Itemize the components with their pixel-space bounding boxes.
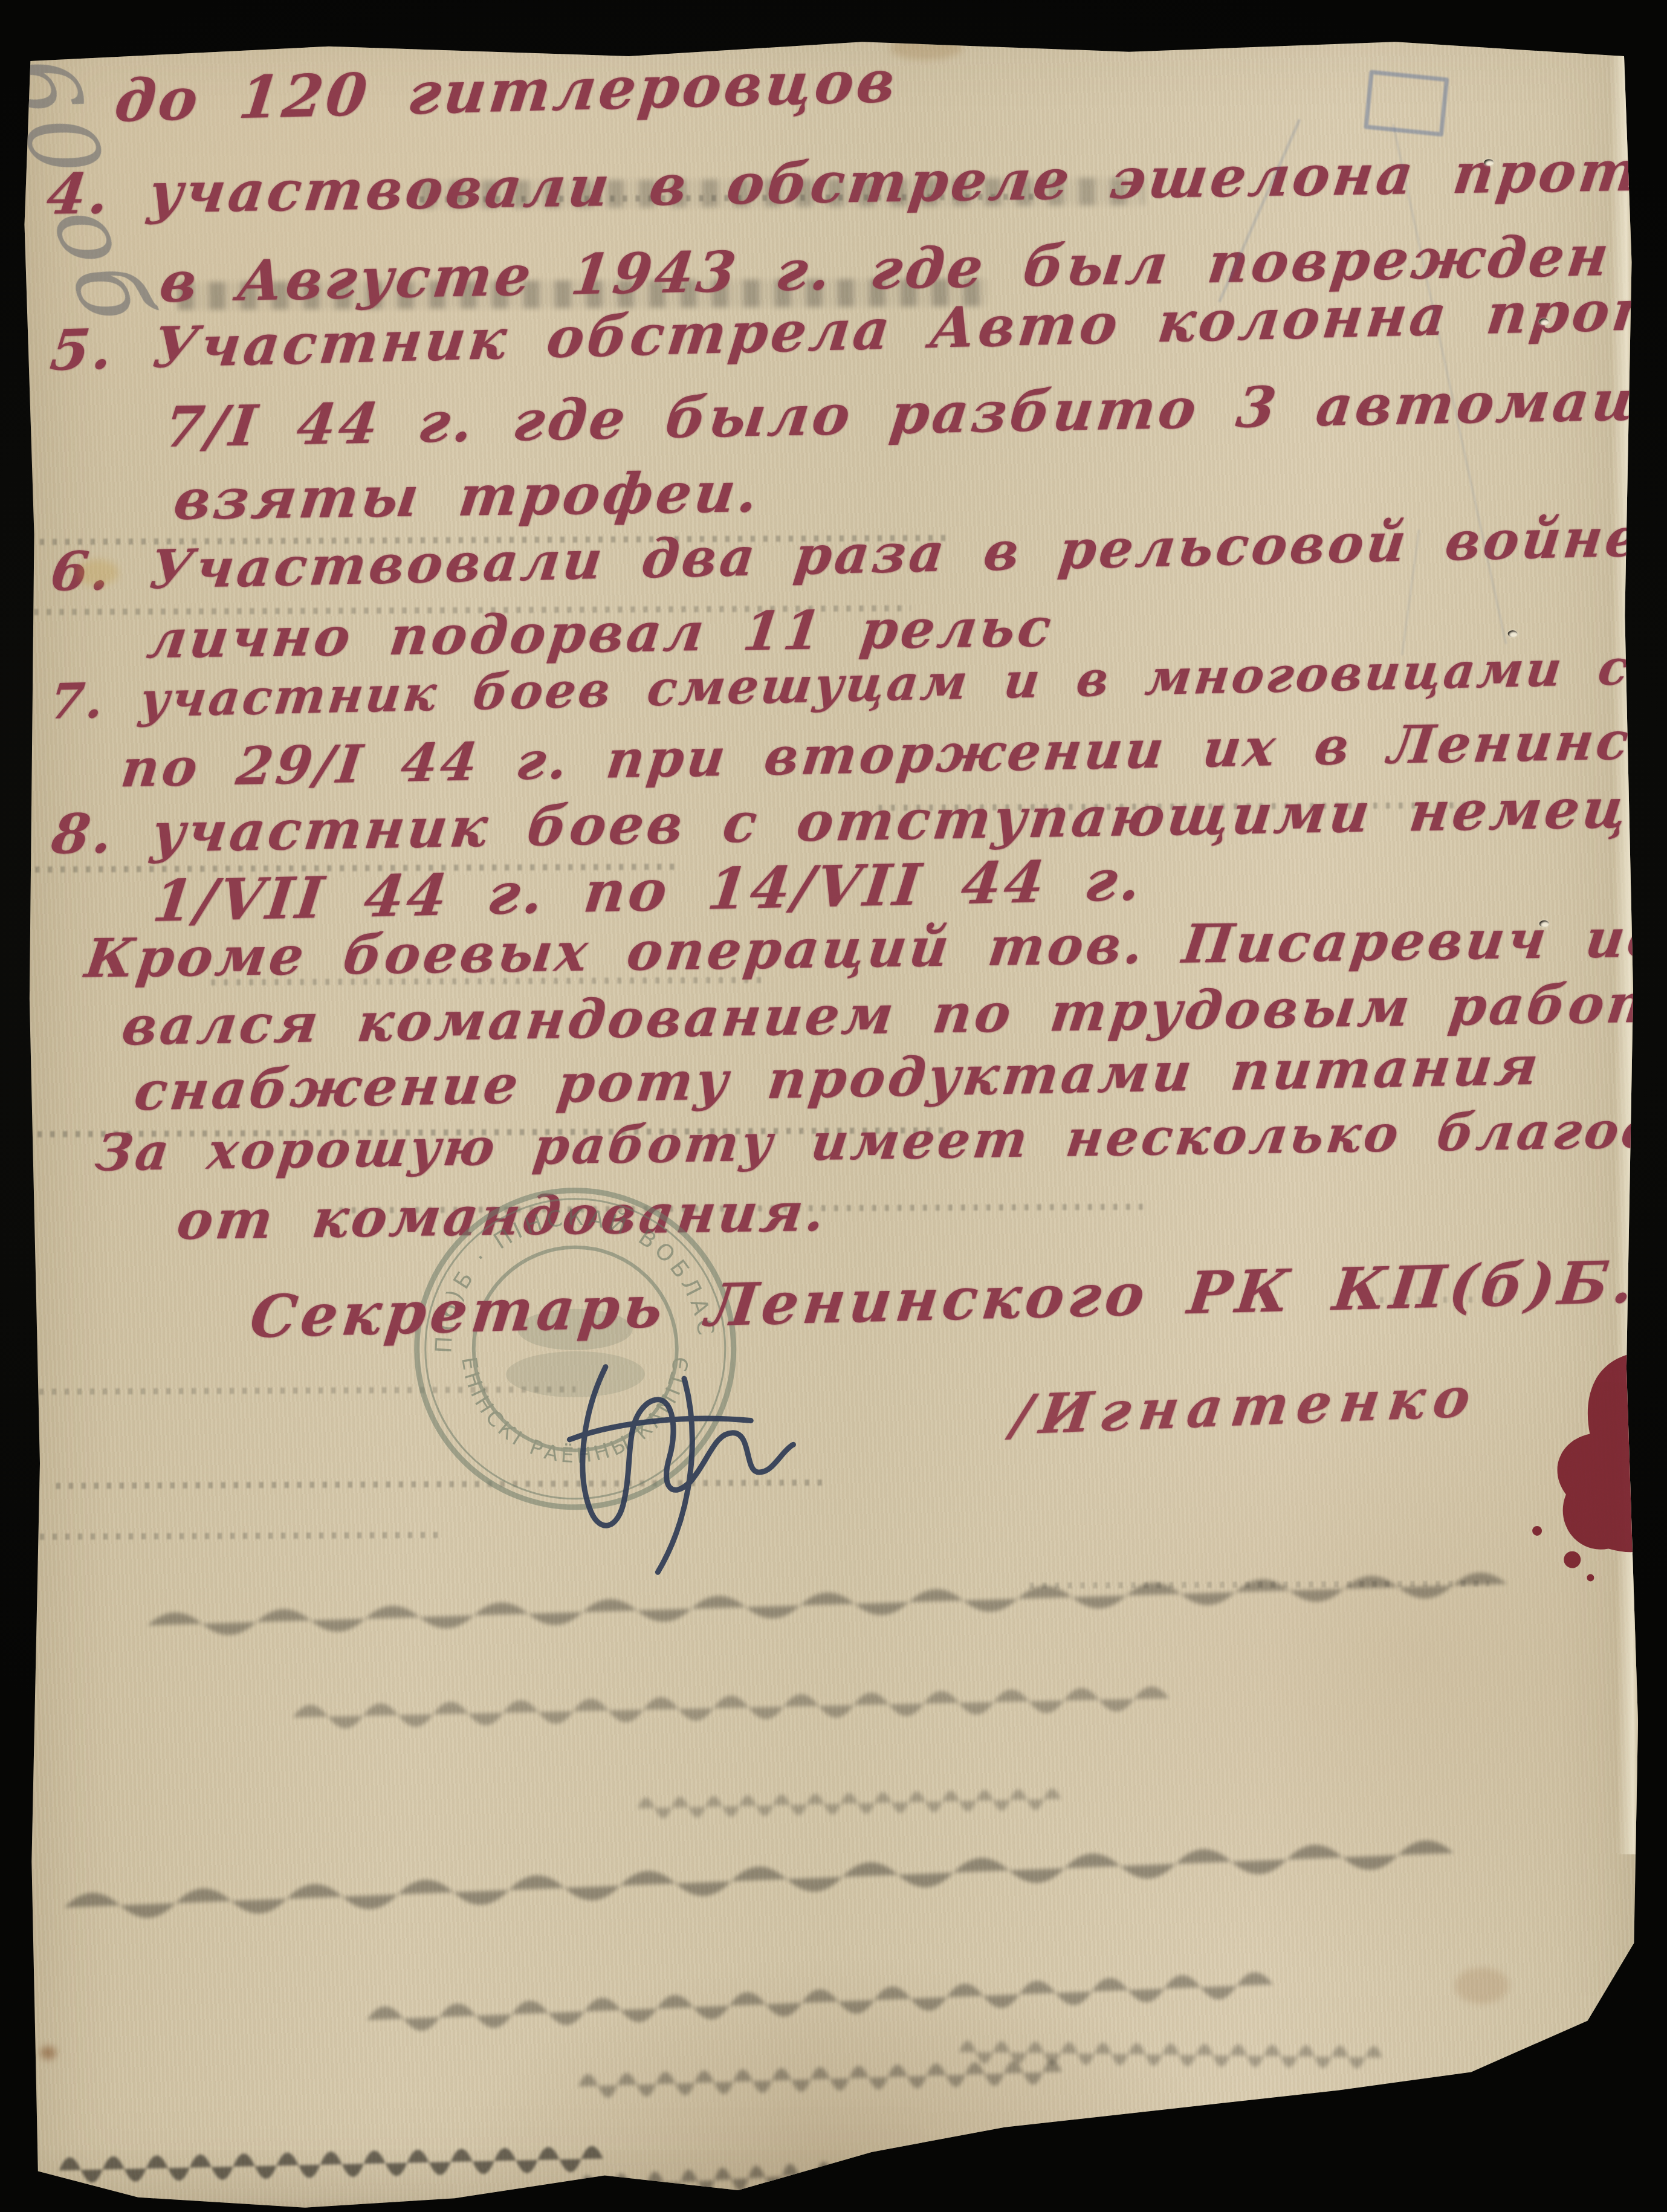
scanned-archive-document: { "page": { "pencil_label": "60 об" }, "… (0, 0, 1667, 2212)
paper-sheet: 60 об до 120 гитлеровцов 4. участвовали … (0, 0, 1667, 2212)
paper-grain (0, 0, 1667, 2212)
